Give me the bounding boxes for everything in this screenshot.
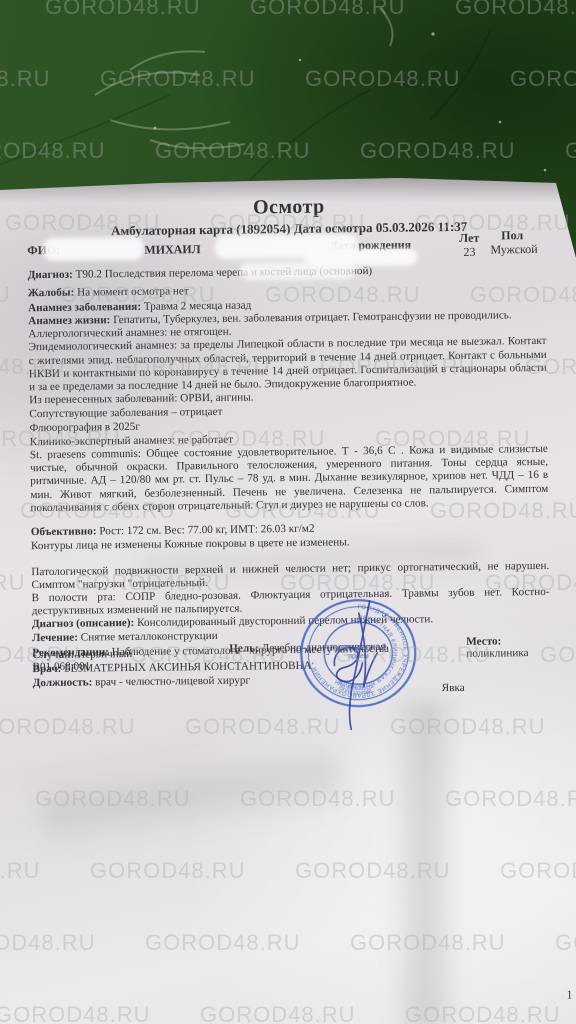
page-number: 1 bbox=[566, 988, 572, 1003]
case-label: Случай: bbox=[32, 649, 74, 662]
paint-scratches bbox=[0, 0, 576, 200]
sex-value: Мужской bbox=[490, 242, 537, 258]
redaction-blob bbox=[240, 261, 356, 280]
doc-paragraph: St. praesens communis: Общее состояние у… bbox=[30, 443, 549, 515]
doc-body: Диагноз: Т90.2 Последствия перелома чере… bbox=[28, 263, 551, 674]
doc-paragraph: Эпидемиологический анамнез: за пределы Л… bbox=[28, 335, 547, 394]
case-value: Первичный bbox=[77, 648, 132, 661]
patient-first-name: МИХАИЛ bbox=[144, 242, 200, 258]
age-label: Лет bbox=[459, 231, 479, 246]
redaction-blob bbox=[43, 237, 143, 261]
doctor-label: Врач: bbox=[32, 663, 61, 675]
place-label: Место: bbox=[466, 635, 501, 647]
photo-of-medical-document: Осмотр Амбулаторная карта (1892054) Дата… bbox=[0, 0, 576, 1024]
age-value: 23 bbox=[463, 245, 475, 260]
sex-label: Пол bbox=[501, 228, 523, 243]
position-label: Должность: bbox=[33, 676, 93, 689]
goal-label: Цель: bbox=[229, 642, 259, 654]
signature-ink bbox=[304, 590, 436, 742]
attendance-label: Явка bbox=[442, 682, 465, 694]
position-value: врач - челюстно-лицевой хирург bbox=[95, 675, 250, 689]
doctor-name: БЕЗМАТЕРНЫХ АКСИНЬЯ КОНСТАНТИНОВНА bbox=[64, 660, 312, 675]
